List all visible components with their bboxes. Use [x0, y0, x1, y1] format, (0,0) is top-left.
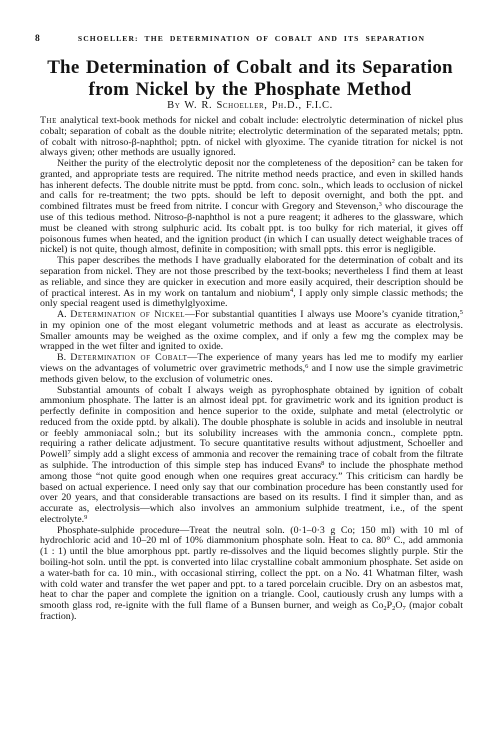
running-title: SCHOELLER: THE DETERMINATION OF COBALT A…	[40, 34, 463, 43]
paragraph-phosphate-sulphide-procedure: Phosphate-sulphide procedure—Treat the n…	[40, 526, 463, 623]
article-byline: By W. R. Schoeller, Ph.D., F.I.C.	[0, 100, 500, 111]
paragraph-paper-scope: This paper describes the methods I have …	[40, 256, 463, 310]
paragraph-pyrophosphate-method: Substantial amounts of cobalt I always w…	[40, 386, 463, 526]
journal-page: 8 SCHOELLER: THE DETERMINATION OF COBALT…	[0, 0, 500, 731]
article-title: The Determination of Cobalt and its Sepa…	[0, 57, 500, 100]
page-header: 8 SCHOELLER: THE DETERMINATION OF COBALT…	[40, 34, 463, 46]
article-title-line2: from Nickel by the Phosphate Method	[0, 79, 500, 101]
paragraph-textbook-methods: The analytical text-book methods for nic…	[40, 116, 463, 159]
paragraph-section-b-cobalt: B. Determination of Cobalt—The experienc…	[40, 353, 463, 385]
article-body: The analytical text-book methods for nic…	[40, 116, 463, 623]
page-number: 8	[35, 34, 40, 44]
paragraph-method-defects: Neither the purity of the electrolytic d…	[40, 159, 463, 256]
paragraph-section-a-nickel: A. Determination of Nickel—For substanti…	[40, 310, 463, 353]
article-title-line1: The Determination of Cobalt and its Sepa…	[0, 57, 500, 79]
